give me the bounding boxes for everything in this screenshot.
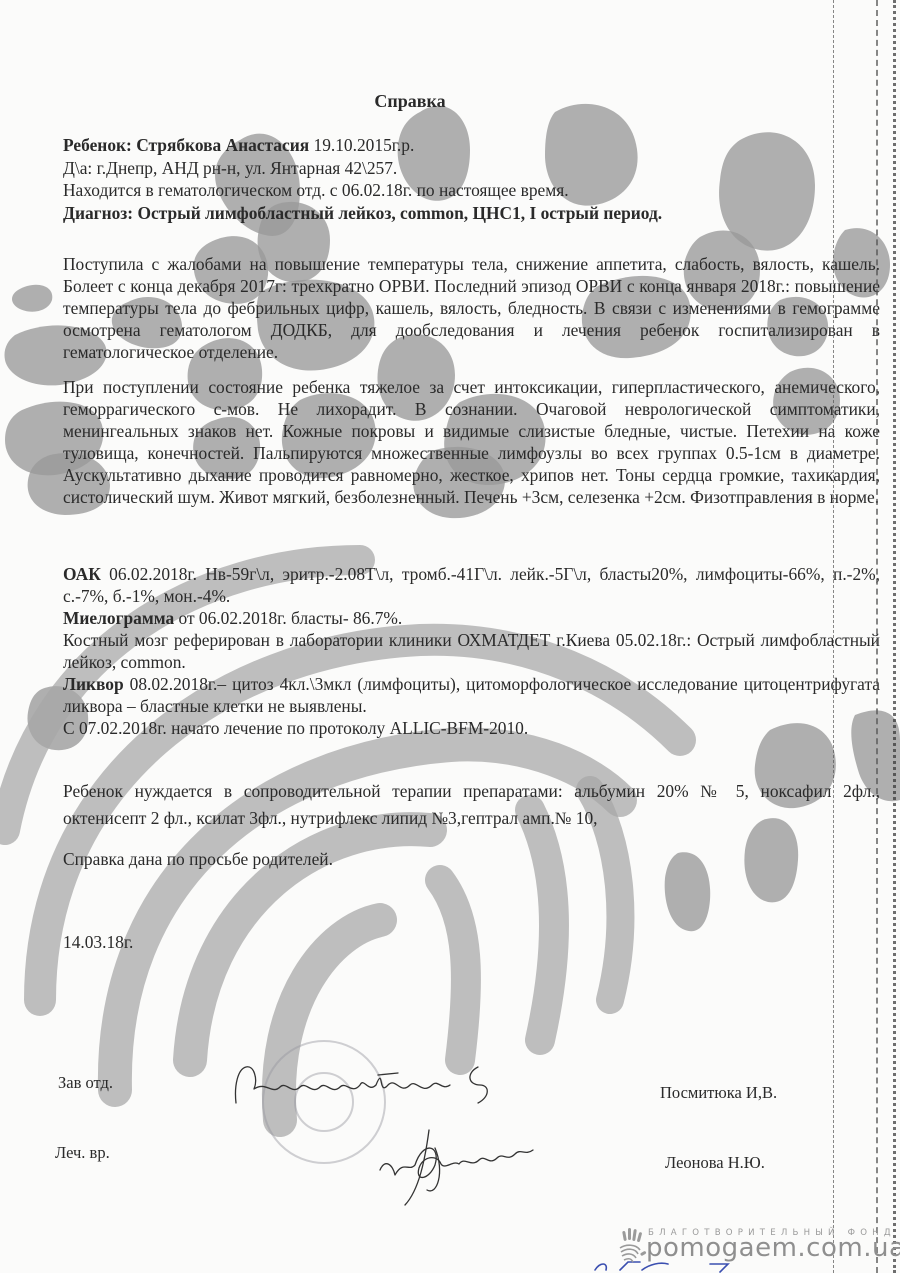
- patient-header: Ребенок: Стрябкова Анастасия 19.10.2015г…: [63, 134, 823, 224]
- child-name: Стрябкова Анастасия: [136, 135, 309, 155]
- address-line: Д\а: г.Днепр, АНД рн-н, ул. Янтарная 42\…: [63, 157, 823, 180]
- bone-marrow-result: Костный мозг реферирован в лаборатории к…: [63, 629, 880, 673]
- signature-role-head: Зав отд.: [58, 1073, 113, 1093]
- issued-note: Справка дана по просьбе родителей.: [63, 848, 333, 870]
- myelogram-result: Миелограмма от 06.02.2018г. бласты- 86.7…: [63, 607, 880, 629]
- liquor-values: 08.02.2018г.– цитоз 4кл.\3мкл (лимфоциты…: [63, 674, 880, 716]
- status-paragraph: При поступлении состояние ребенка тяжело…: [63, 376, 880, 508]
- oak-values: 06.02.2018г. Нв-59г\л, эритр.-2.08Т\л, т…: [63, 564, 880, 606]
- myelogram-label: Миелограмма: [63, 608, 174, 628]
- scan-edge-line: [893, 0, 896, 1273]
- oak-label: ОАК: [63, 564, 101, 584]
- hand-print-icon: [618, 1228, 648, 1266]
- stay-line: Находится в гематологическом отд. с 06.0…: [63, 179, 823, 202]
- scan-fold-line: [833, 0, 834, 1273]
- therapy-paragraph: Ребенок нуждается в сопроводительной тер…: [63, 778, 880, 832]
- patient-line: Ребенок: Стрябкова Анастасия 19.10.2015г…: [63, 134, 823, 157]
- diagnosis-line: Диагноз: Острый лимфобластный лейкоз, co…: [63, 202, 823, 225]
- handwritten-signature-head: [228, 1055, 518, 1115]
- handwritten-signature-doctor: [375, 1120, 555, 1210]
- lab-results: ОАК 06.02.2018г. Нв-59г\л, эритр.-2.08Т\…: [63, 563, 880, 739]
- anamnesis-paragraph: Поступила с жалобами на повышение темпер…: [63, 253, 880, 363]
- signature-name-head: Посмитюка И,В.: [660, 1083, 777, 1103]
- oak-result: ОАК 06.02.2018г. Нв-59г\л, эритр.-2.08Т\…: [63, 563, 880, 607]
- myelogram-values: от 06.02.2018г. бласты- 86.7%.: [179, 608, 403, 628]
- scanned-certificate-page: Справка Ребенок: Стрябкова Анастасия 19.…: [0, 0, 900, 1273]
- brand-site: pomogaem.com.ua: [646, 1233, 900, 1263]
- diagnosis-label: Диагноз:: [63, 203, 133, 223]
- diagnosis-text: Острый лимфобластный лейкоз, common, ЦНС…: [137, 203, 662, 223]
- signature-role-doctor: Леч. вр.: [55, 1143, 110, 1163]
- treatment-start: С 07.02.2018г. начато лечение по протоко…: [63, 717, 880, 739]
- issue-date: 14.03.18г.: [63, 931, 133, 953]
- liquor-result: Ликвор 08.02.2018г.– цитоз 4кл.\3мкл (ли…: [63, 673, 880, 717]
- liquor-label: Ликвор: [63, 674, 124, 694]
- child-label: Ребенок:: [63, 135, 132, 155]
- scan-fold-line: [876, 0, 878, 1273]
- birth-date: 19.10.2015г.р.: [314, 135, 415, 155]
- signature-name-doctor: Леонова Н.Ю.: [665, 1153, 765, 1173]
- document-title: Справка: [0, 90, 820, 112]
